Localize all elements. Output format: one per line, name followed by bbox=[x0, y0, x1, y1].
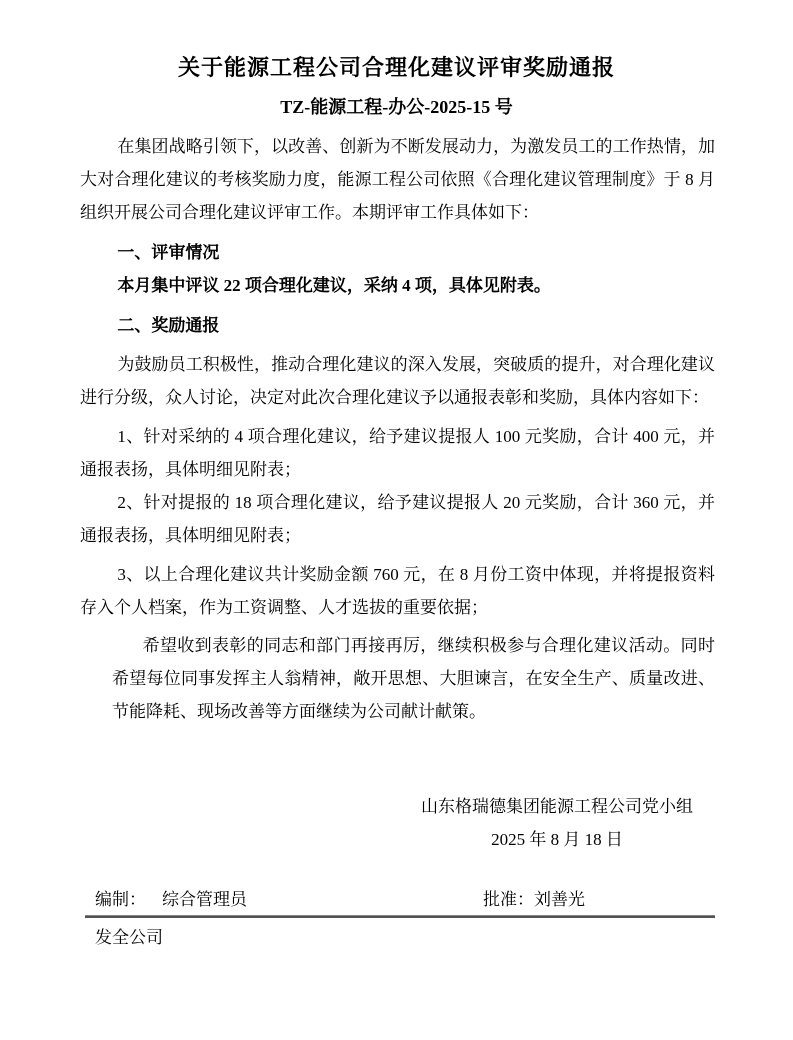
footer-approval-row: 编制：综合管理员 批准：刘善光 bbox=[80, 889, 715, 911]
document-page: 关于能源工程公司合理化建议评审奖励通报 TZ-能源工程-办公-2025-15 号… bbox=[0, 0, 793, 1040]
section2-heading: 二、奖励通报 bbox=[80, 309, 715, 342]
document-footer: 编制：综合管理员 批准：刘善光 发全公司 bbox=[80, 889, 715, 949]
signature-block: 山东格瑞德集团能源工程公司党小组 2025 年 8 月 18 日 bbox=[80, 790, 693, 856]
page-title: 关于能源工程公司合理化建议评审奖励通报 bbox=[40, 54, 753, 82]
signature-date: 2025 年 8 月 18 日 bbox=[421, 823, 693, 856]
approved-by-name: 刘善光 bbox=[534, 890, 585, 909]
document-number: TZ-能源工程-办公-2025-15 号 bbox=[0, 95, 793, 119]
section1-heading: 一、评审情况 bbox=[80, 236, 715, 269]
reward-item-2: 2、针对提报的 18 项合理化建议，给予建议提报人 20 元奖励，合计 360 … bbox=[80, 486, 715, 552]
prepared-by-name: 综合管理员 bbox=[162, 890, 247, 909]
signature-organization: 山东格瑞德集团能源工程公司党小组 bbox=[421, 790, 693, 823]
document-body: 在集团战略引领下，以改善、创新为不断发展动力，为激发员工的工作热情，加大对合理化… bbox=[80, 130, 715, 728]
section2-intro: 为鼓励员工积极性，推动合理化建议的深入发展，突破质的提升，对合理化建议进行分级，… bbox=[80, 348, 715, 414]
prepared-label: 编制： bbox=[95, 890, 146, 909]
reward-item-1: 1、针对采纳的 4 项合理化建议，给予建议提报人 100 元奖励，合计 400 … bbox=[80, 420, 715, 486]
distribution-note: 发全公司 bbox=[80, 927, 715, 949]
closing-paragraph: 希望收到表彰的同志和部门再接再厉，继续积极参与合理化建议活动。同时希望每位同事发… bbox=[112, 629, 715, 728]
reward-item-3: 3、以上合理化建议共计奖励金额 760 元，在 8 月份工资中体现，并将提报资料… bbox=[80, 558, 715, 624]
approved-label: 批准： bbox=[483, 890, 534, 909]
approved-group: 批准：刘善光 bbox=[483, 889, 585, 911]
section1-body: 本月集中评议 22 项合理化建议，采纳 4 项，具体见附表。 bbox=[80, 269, 715, 302]
paragraph-intro: 在集团战略引领下，以改善、创新为不断发展动力，为激发员工的工作热情，加大对合理化… bbox=[80, 130, 715, 229]
footer-divider bbox=[85, 915, 715, 918]
